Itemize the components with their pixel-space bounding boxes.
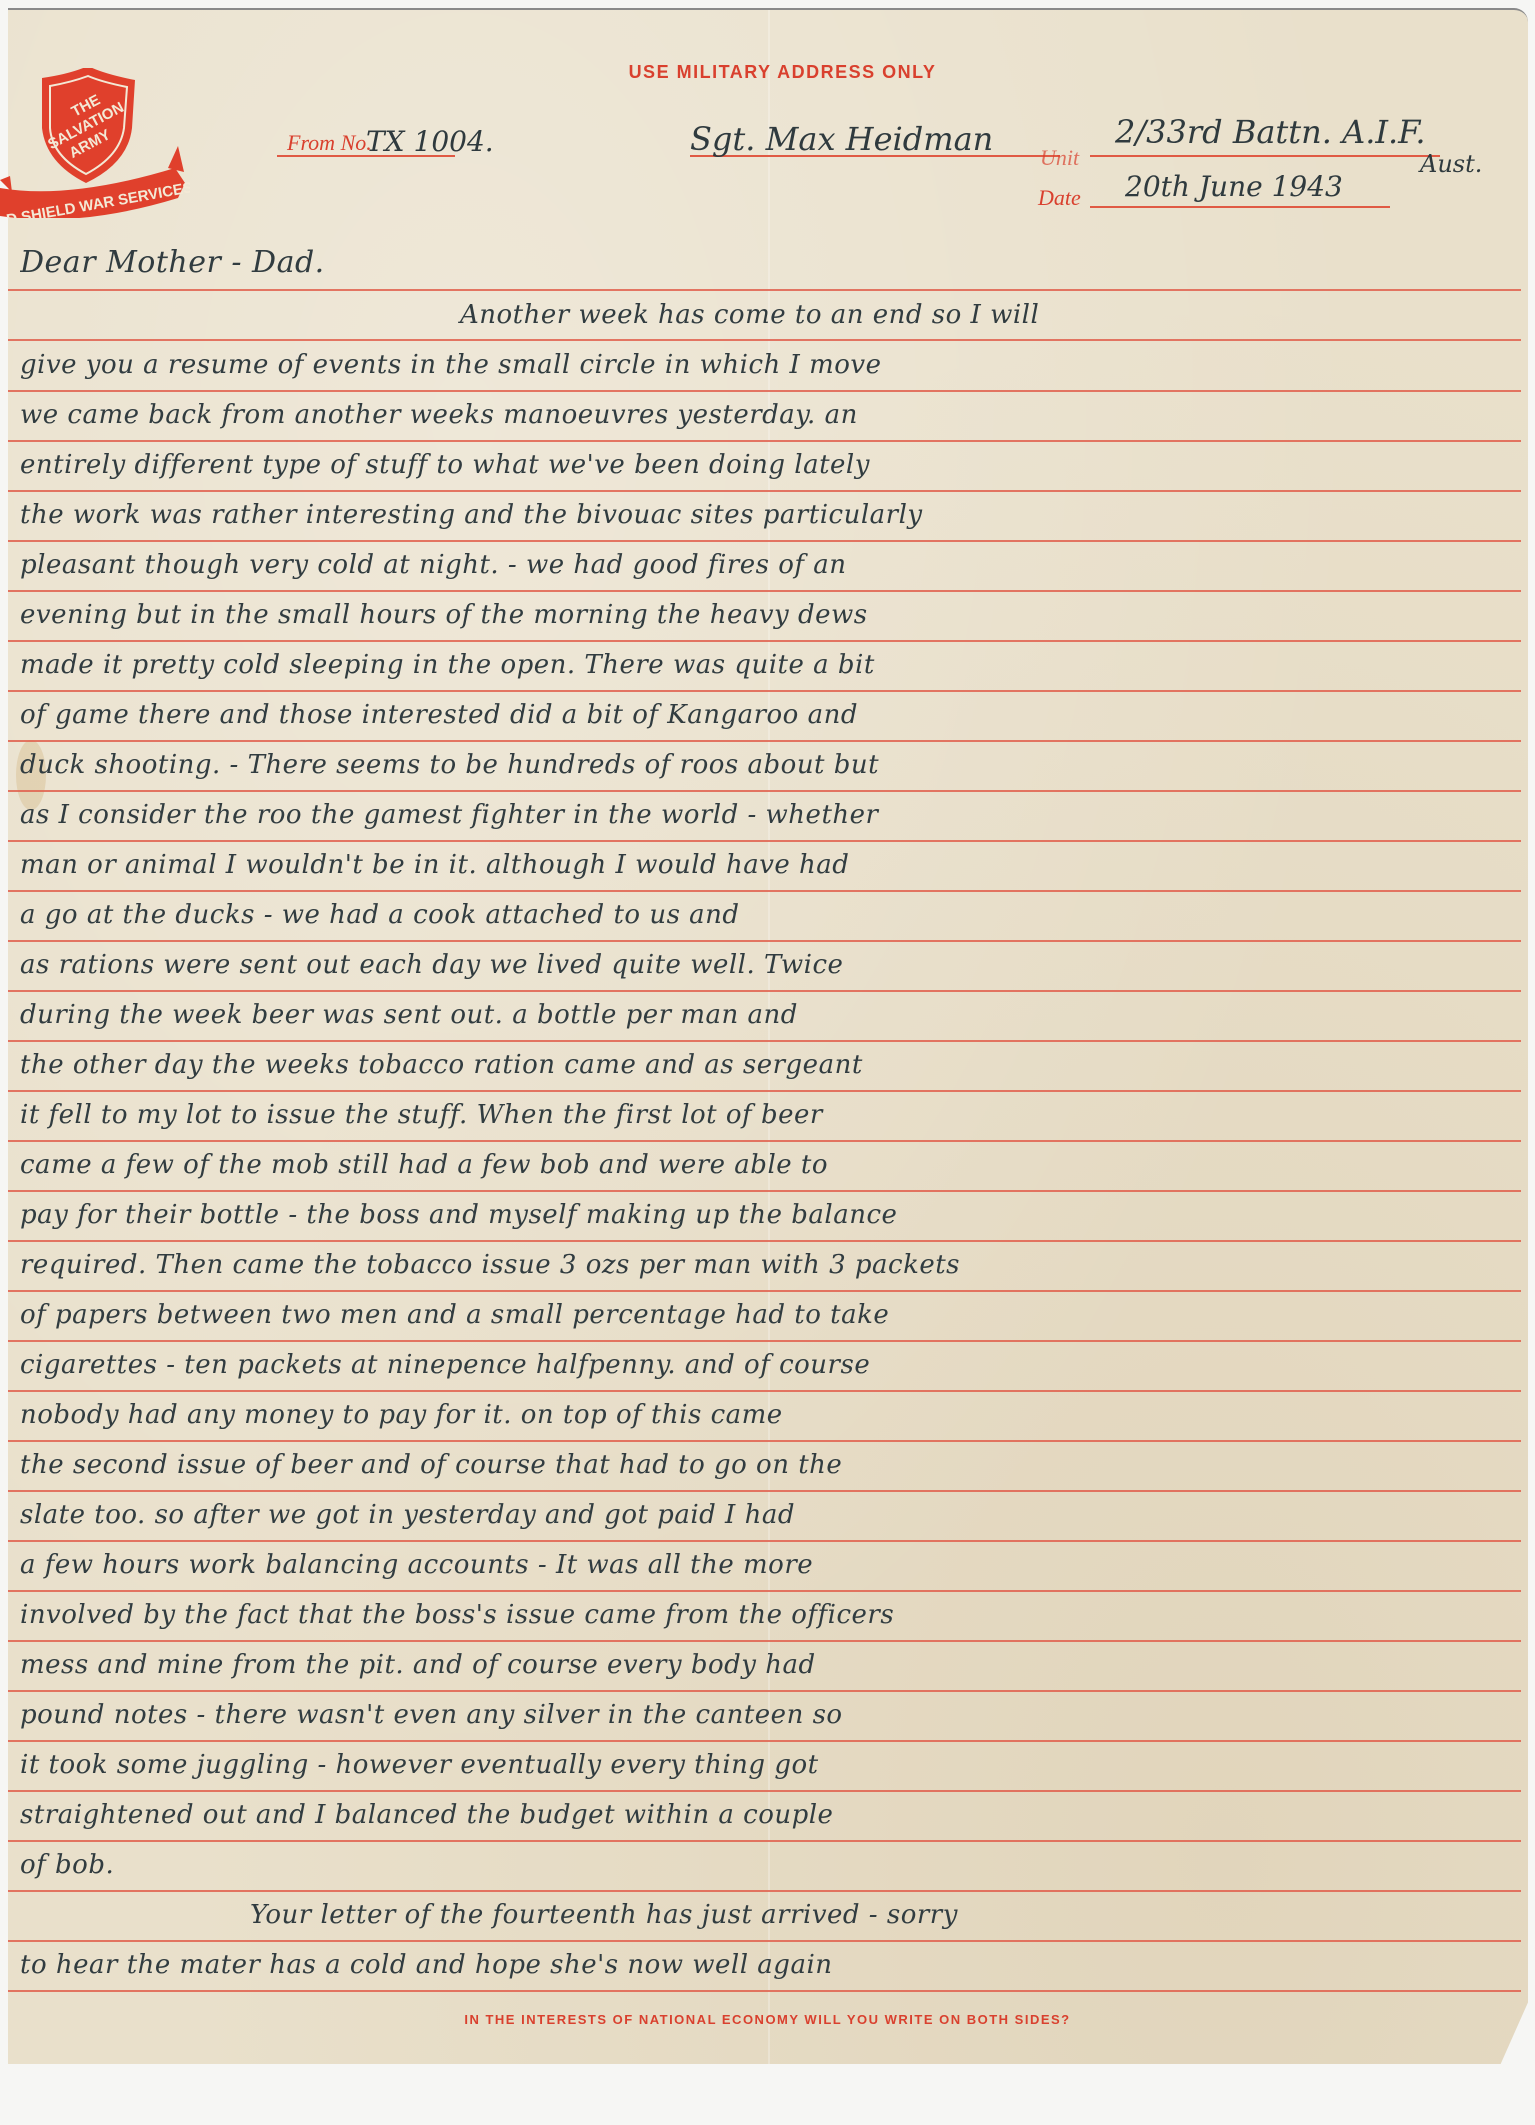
- name-value[interactable]: Sgt. Max Heidman: [690, 120, 993, 158]
- rule: [8, 390, 1521, 392]
- rule: [8, 1240, 1521, 1242]
- salvation-army-logo: THE SALVATION ARMY D SHIELD WAR SERVICES: [0, 68, 190, 218]
- letter-line: Another week has come to an end so I wil…: [20, 300, 1510, 330]
- economy-notice: IN THE INTERESTS OF NATIONAL ECONOMY WIL…: [0, 2012, 1535, 2027]
- letter-line: it took some juggling - however eventual…: [20, 1750, 1510, 1780]
- letter-line: pleasant though very cold at night. - we…: [20, 550, 1510, 580]
- letter-line: nobody had any money to pay for it. on t…: [20, 1400, 1510, 1430]
- unit-value-line2: Aust.: [1420, 150, 1482, 178]
- rule: [8, 890, 1521, 892]
- letter-line: a few hours work balancing accounts - It…: [20, 1550, 1510, 1580]
- rule: [8, 1490, 1521, 1492]
- letter-line: cigarettes - ten packets at ninepence ha…: [20, 1350, 1510, 1380]
- unit-field-line: [1090, 155, 1440, 157]
- rule: [8, 1440, 1521, 1442]
- letter-line: the other day the weeks tobacco ration c…: [20, 1050, 1510, 1080]
- letter-line: during the week beer was sent out. a bot…: [20, 1000, 1510, 1030]
- letter-line: the second issue of beer and of course t…: [20, 1450, 1510, 1480]
- letter-line: made it pretty cold sleeping in the open…: [20, 650, 1510, 680]
- military-address-notice: USE MILITARY ADDRESS ONLY: [0, 62, 1535, 83]
- rule: [8, 1840, 1521, 1842]
- rule: [8, 940, 1521, 942]
- rule: [8, 1340, 1521, 1342]
- letter-line: required. Then came the tobacco issue 3 …: [20, 1250, 1510, 1280]
- date-label: Date: [1038, 185, 1081, 211]
- rule: [8, 590, 1521, 592]
- rule: [8, 1690, 1521, 1692]
- rule: [8, 1790, 1521, 1792]
- letter-line: entirely different type of stuff to what…: [20, 450, 1510, 480]
- letter-line: involved by the fact that the boss's iss…: [20, 1600, 1510, 1630]
- letter-line: pay for their bottle - the boss and myse…: [20, 1200, 1510, 1230]
- unit-value[interactable]: 2/33rd Battn. A.I.F.: [1115, 113, 1426, 151]
- rule: [8, 1540, 1521, 1542]
- letter-line: the work was rather interesting and the …: [20, 500, 1510, 530]
- rule: [8, 289, 1521, 291]
- letter-line: of bob.: [20, 1850, 1510, 1880]
- rule: [8, 640, 1521, 642]
- rule: [8, 1090, 1521, 1092]
- rule: [8, 1290, 1521, 1292]
- rule: [8, 540, 1521, 542]
- letter-line: duck shooting. - There seems to be hundr…: [20, 750, 1510, 780]
- letter-line: we came back from another weeks manoeuvr…: [20, 400, 1510, 430]
- from-no-value[interactable]: TX 1004.: [366, 125, 494, 158]
- date-value[interactable]: 20th June 1943: [1125, 170, 1343, 203]
- rule: [8, 1940, 1521, 1942]
- red-shield-icon: THE SALVATION ARMY D SHIELD WAR SERVICES: [0, 68, 190, 218]
- letter-line: man or animal I wouldn't be in it. altho…: [20, 850, 1510, 880]
- rule: [8, 1190, 1521, 1192]
- letter-line: a go at the ducks - we had a cook attach…: [20, 900, 1510, 930]
- letter-line: straightened out and I balanced the budg…: [20, 1800, 1510, 1830]
- letter-line: give you a resume of events in the small…: [20, 350, 1510, 380]
- rule: [8, 1040, 1521, 1042]
- letter-line: of game there and those interested did a…: [20, 700, 1510, 730]
- letter-line: as rations were sent out each day we liv…: [20, 950, 1510, 980]
- letter-line: mess and mine from the pit. and of cours…: [20, 1650, 1510, 1680]
- rule: [8, 490, 1521, 492]
- from-no-label: From No.: [287, 130, 372, 156]
- letter-line: evening but in the small hours of the mo…: [20, 600, 1510, 630]
- letter-line: it fell to my lot to issue the stuff. Wh…: [20, 1100, 1510, 1130]
- letter-line: to hear the mater has a cold and hope sh…: [20, 1950, 1510, 1980]
- letter-line: as I consider the roo the gamest fighter…: [20, 800, 1510, 830]
- rule: [8, 1140, 1521, 1142]
- rule: [8, 790, 1521, 792]
- rule: [8, 990, 1521, 992]
- letter-line: Your letter of the fourteenth has just a…: [20, 1900, 1510, 1930]
- rule: [8, 440, 1521, 442]
- salutation: Dear Mother - Dad.: [20, 245, 1510, 280]
- rule: [8, 339, 1521, 341]
- rule: [8, 1740, 1521, 1742]
- date-field-line: [1090, 206, 1390, 208]
- letter-line: pound notes - there wasn't even any silv…: [20, 1700, 1510, 1730]
- rule: [8, 1640, 1521, 1642]
- rule: [8, 1590, 1521, 1592]
- rule: [8, 690, 1521, 692]
- rule: [8, 1890, 1521, 1892]
- rule: [8, 1990, 1521, 1992]
- rule: [8, 840, 1521, 842]
- rule: [8, 740, 1521, 742]
- unit-label: Unit: [1040, 145, 1079, 171]
- letter-line: slate too. so after we got in yesterday …: [20, 1500, 1510, 1530]
- letter-line: of papers between two men and a small pe…: [20, 1300, 1510, 1330]
- rule: [8, 1390, 1521, 1392]
- letter-line: came a few of the mob still had a few bo…: [20, 1150, 1510, 1180]
